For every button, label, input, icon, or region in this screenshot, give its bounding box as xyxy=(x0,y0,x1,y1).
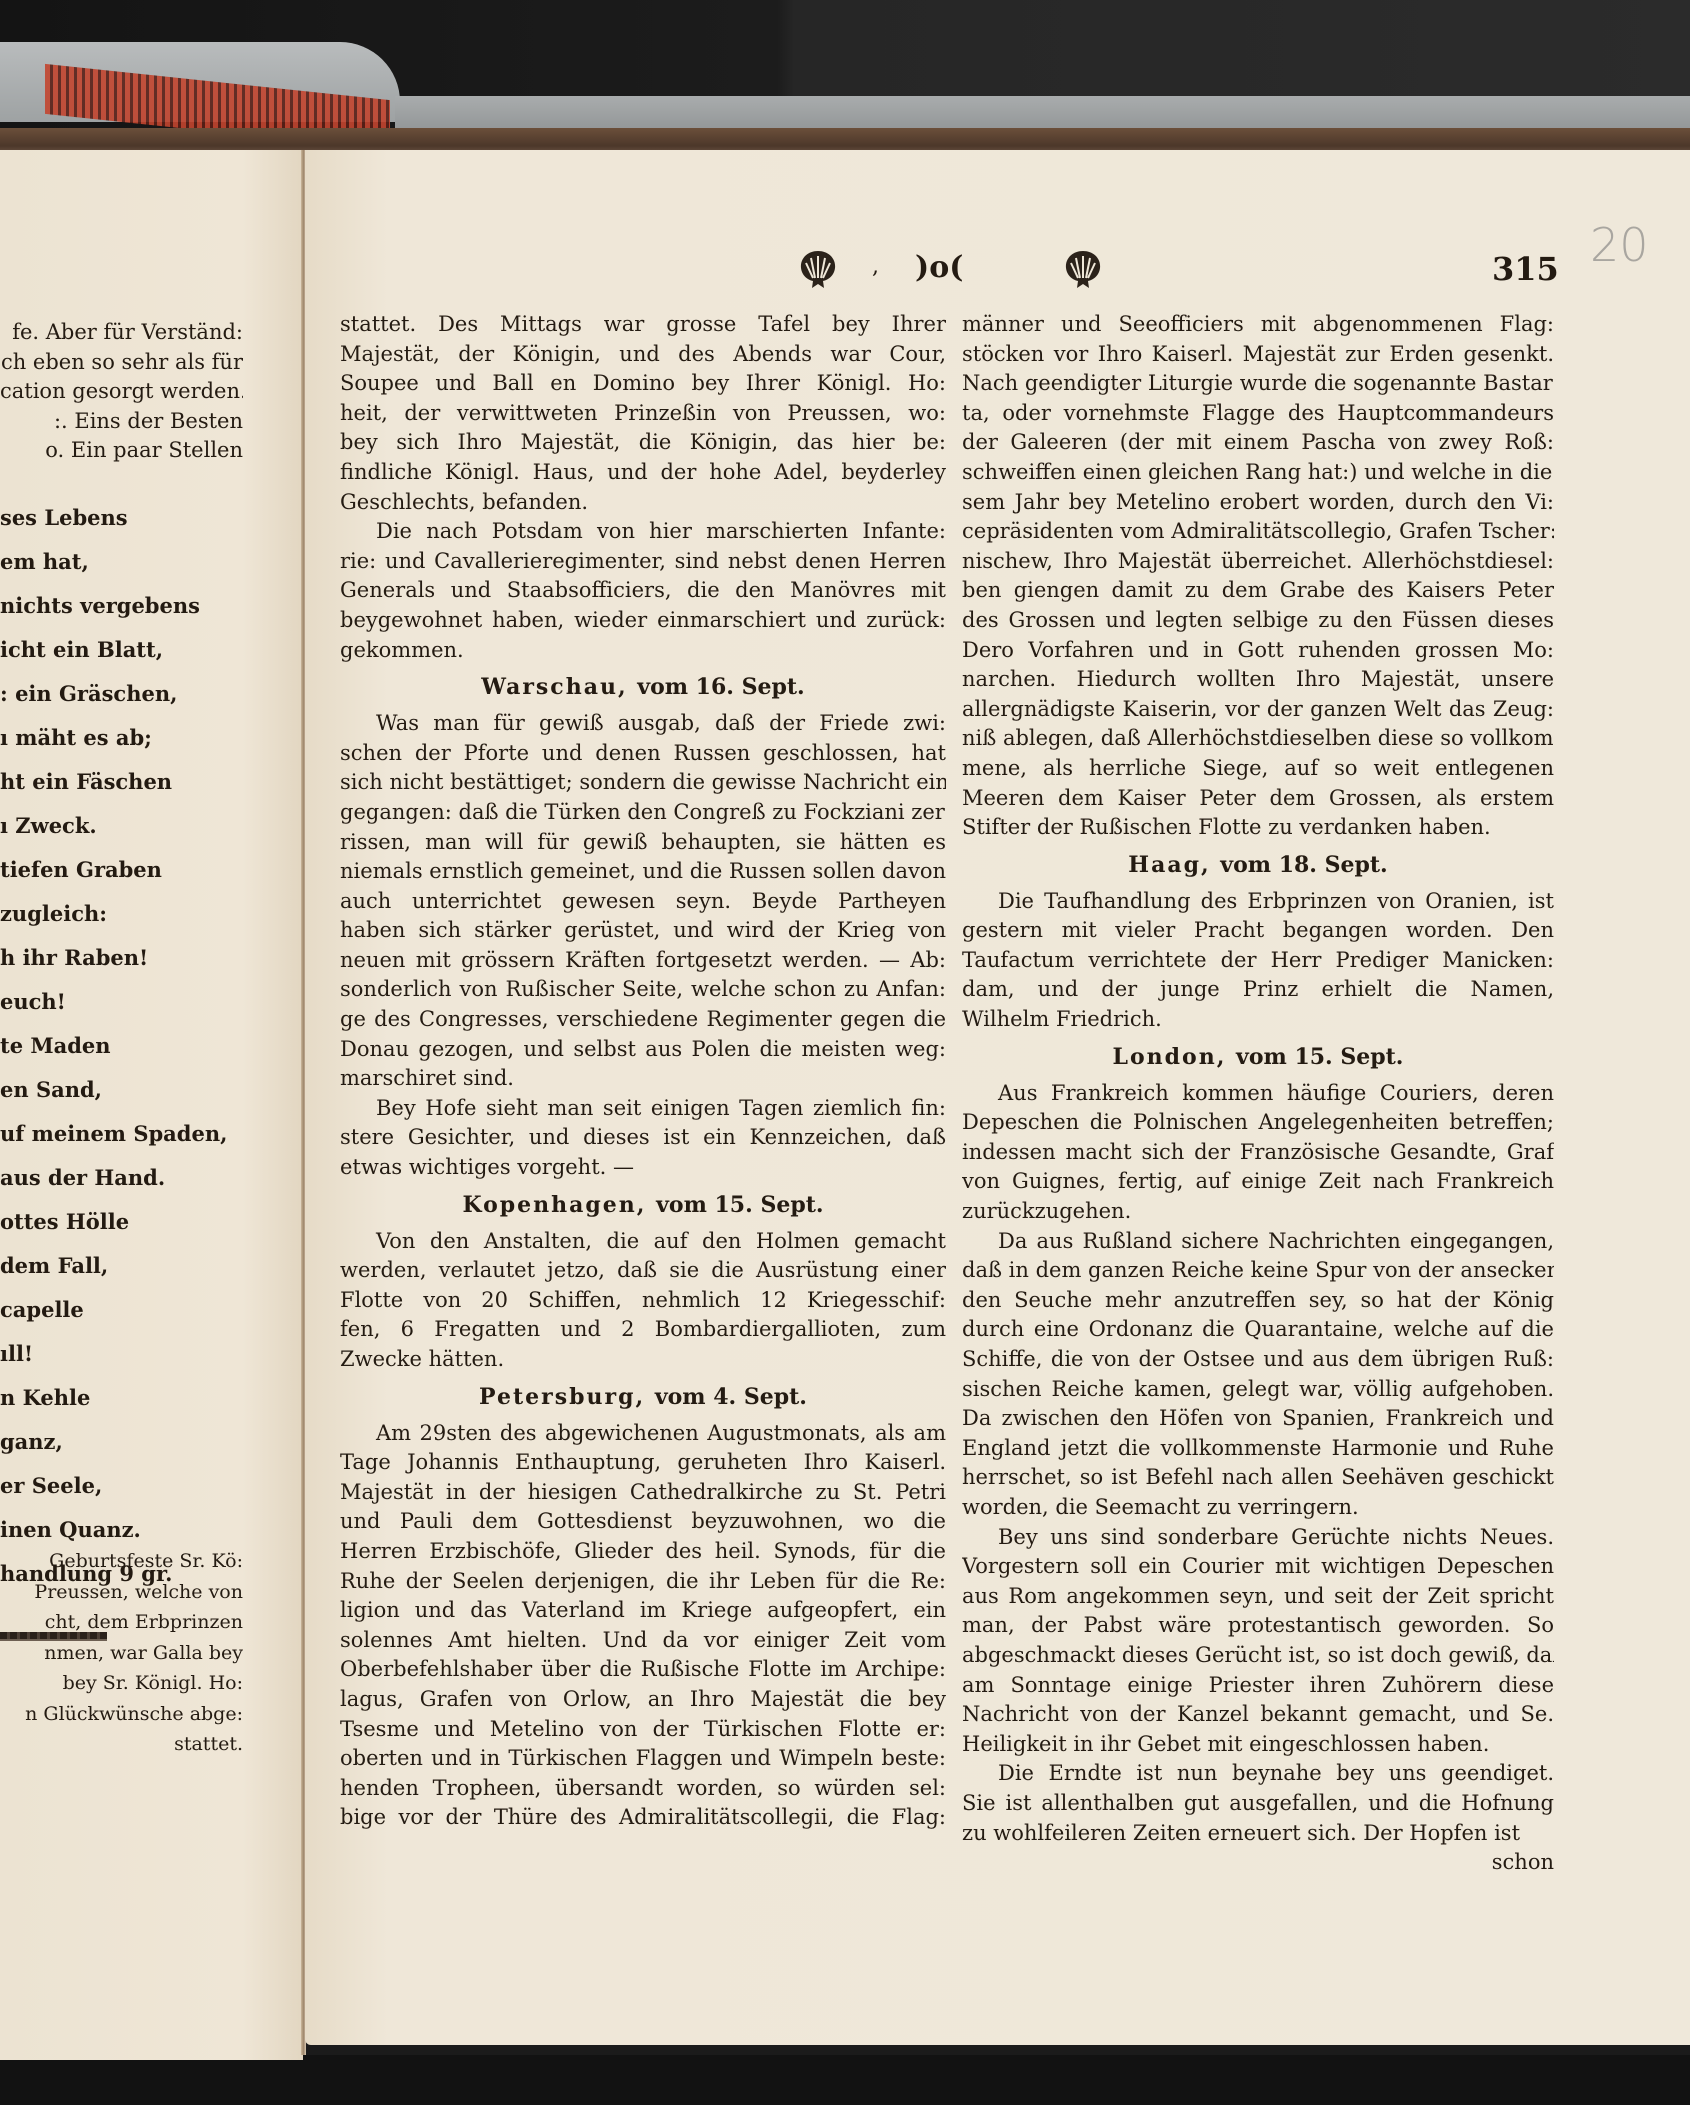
column-right: männer und Seeofficiers mit abgenommenen… xyxy=(962,310,1554,1878)
text-line: sem Jahr bey Metelino erobert worden, du… xyxy=(962,488,1554,518)
paragraph: Was man für gewiß ausgab, daß der Friede… xyxy=(340,709,946,1094)
poem-line: aus der Hand. xyxy=(0,1156,300,1200)
poem-line: zugleich: xyxy=(0,892,300,936)
text-line: sonderlich von Rußischer Seite, welche s… xyxy=(340,975,946,1005)
text-line: Da aus Rußland sichere Nachrichten einge… xyxy=(962,1227,1554,1257)
poem-line: nichts vergebens xyxy=(0,584,300,628)
text-line: Bey uns sind sonderbare Gerüchte nichts … xyxy=(962,1523,1554,1553)
text-line: Da zwischen den Höfen von Spanien, Frank… xyxy=(962,1404,1554,1434)
text-line: bige vor der Thüre des Admiralitätscolle… xyxy=(340,1803,946,1833)
left-page-bottom-fragment: Geburtsfeste Sr. Kö:Preussen, welche von… xyxy=(0,1546,243,1760)
text-line: und Pauli dem Gottesdienst beyzuwohnen, … xyxy=(340,1507,946,1537)
poem-line: euch! xyxy=(0,980,300,1024)
section-heading: London, vom 15. Sept. xyxy=(962,1035,1554,1079)
paragraph: Die Erndte ist nun beynahe bey uns geend… xyxy=(962,1759,1554,1848)
poem-line: uf meinem Spaden, xyxy=(0,1112,300,1156)
poem-line: icht ein Blatt, xyxy=(0,628,300,672)
section-heading: Kopenhagen, vom 15. Sept. xyxy=(340,1183,946,1227)
poem-line: ı mäht es ab; xyxy=(0,716,300,760)
text-line: Was man für gewiß ausgab, daß der Friede… xyxy=(340,709,946,739)
paragraph: Am 29sten des abgewichenen Augustmonats,… xyxy=(340,1419,946,1833)
poem-line: er Seele, xyxy=(0,1464,300,1508)
text-line: Ruhe der Seelen derjenigen, die ihr Lebe… xyxy=(340,1567,946,1597)
text-line: beygewohnet haben, wieder einmarschiert … xyxy=(340,606,946,636)
text-line: Meeren dem Kaiser Peter dem Grossen, als… xyxy=(962,784,1554,814)
text-line: Heiligkeit in ihr Gebet mit eingeschloss… xyxy=(962,1730,1554,1760)
text-line: :. Eins der Besten xyxy=(0,407,243,437)
text-line: Vorgestern soll ein Courier mit wichtige… xyxy=(962,1552,1554,1582)
poem-line: ı Zweck. xyxy=(0,804,300,848)
poem-line: capelle xyxy=(0,1288,300,1332)
text-line: Geschlechts, befanden. xyxy=(340,488,946,518)
text-line: schen der Pforte und denen Russen geschl… xyxy=(340,739,946,769)
text-line: der Galeeren (der mit einem Pascha von z… xyxy=(962,428,1554,458)
text-line: ch eben so sehr als für xyxy=(0,348,243,378)
heading-date: vom 18. Sept. xyxy=(1220,852,1387,878)
heading-place: Haag, xyxy=(1128,852,1210,878)
text-line: Geburtsfeste Sr. Kö: xyxy=(0,1546,243,1577)
scan-background-bottom xyxy=(0,2055,1690,2105)
text-line: ge des Congresses, verschiedene Regiment… xyxy=(340,1005,946,1035)
text-line: daß in dem ganzen Reiche keine Spur von … xyxy=(962,1256,1554,1286)
poem-line: te Maden xyxy=(0,1024,300,1068)
text-line: rie: und Cavallerieregimenter, sind nebs… xyxy=(340,547,946,577)
text-line: stöcken vor Ihro Kaiserl. Majestät zur E… xyxy=(962,340,1554,370)
text-line: Herren Erzbischöfe, Glieder des heil. Sy… xyxy=(340,1537,946,1567)
text-line: fen, 6 Fregatten und 2 Bombardiergalliot… xyxy=(340,1315,946,1345)
paragraph: Bey Hofe sieht man seit einigen Tagen zi… xyxy=(340,1094,946,1183)
text-line: Nachricht von der Kanzel bekannt gemacht… xyxy=(962,1700,1554,1730)
text-line: neuen mit grössern Kräften fortgesetzt w… xyxy=(340,946,946,976)
poem-line: dem Fall, xyxy=(0,1244,300,1288)
text-line: durch eine Ordonanz die Quarantaine, wel… xyxy=(962,1315,1554,1345)
text-line: Taufactum verrichtete der Herr Prediger … xyxy=(962,946,1554,976)
text-line: Majestät in der hiesigen Cathedralkirche… xyxy=(340,1478,946,1508)
text-line: von Guignes, fertig, auf einige Zeit nac… xyxy=(962,1167,1554,1197)
text-line: Von den Anstalten, die auf den Holmen ge… xyxy=(340,1227,946,1257)
text-line: am Sonntage einige Priester ihren Zuhöre… xyxy=(962,1671,1554,1701)
text-line: Tage Johannis Enthauptung, geruheten Ihr… xyxy=(340,1448,946,1478)
text-line: mene, als herrliche Siege, auf so weit e… xyxy=(962,754,1554,784)
poem-line: em hat, xyxy=(0,540,300,584)
text-line: gegangen: daß die Türken den Congreß zu … xyxy=(340,798,946,828)
poem-line: ıll! xyxy=(0,1332,300,1376)
paragraph: Die Taufhandlung des Erbprinzen von Oran… xyxy=(962,887,1554,1035)
left-page-poem-fragment: ses Lebensem hat,nichts vergebensicht ei… xyxy=(0,496,300,1596)
poem-line: en Sand, xyxy=(0,1068,300,1112)
poem-line: tiefen Graben xyxy=(0,848,300,892)
heading-date: vom 15. Sept. xyxy=(656,1192,823,1218)
heading-place: London, xyxy=(1113,1044,1227,1070)
text-line: Flotte von 20 Schiffen, nehmlich 12 Krie… xyxy=(340,1286,946,1316)
text-line: marschiret sind. xyxy=(340,1064,946,1094)
text-line: indessen macht sich der Französische Ges… xyxy=(962,1138,1554,1168)
poem-line: h ihr Raben! xyxy=(0,936,300,980)
poem-line: ht ein Fäschen xyxy=(0,760,300,804)
shell-ornament-icon xyxy=(798,248,838,290)
catchword: schon xyxy=(962,1848,1554,1878)
text-line: Depeschen die Polnischen Angelegenheiten… xyxy=(962,1108,1554,1138)
text-line: dam, und der junge Prinz erhielt die Nam… xyxy=(962,975,1554,1005)
poem-line: n Kehle xyxy=(0,1376,300,1420)
text-line: findliche Königl. Haus, und der hohe Ade… xyxy=(340,458,946,488)
text-line: Donau gezogen, und selbst aus Polen die … xyxy=(340,1035,946,1065)
text-line: zurückzugehen. xyxy=(962,1197,1554,1227)
text-line: cation gesorgt werden. xyxy=(0,377,243,407)
paragraph: Von den Anstalten, die auf den Holmen ge… xyxy=(340,1227,946,1375)
text-line: narchen. Hiedurch wollten Ihro Majestät,… xyxy=(962,665,1554,695)
text-line: man, der Pabst wäre protestantisch gewor… xyxy=(962,1611,1554,1641)
text-line: Aus Frankreich kommen häufige Couriers, … xyxy=(962,1079,1554,1109)
poem-line: ganz, xyxy=(0,1420,300,1464)
text-line: Majestät, der Königin, und des Abends wa… xyxy=(340,340,946,370)
section-heading: Haag, vom 18. Sept. xyxy=(962,843,1554,887)
left-page-prose-fragment: fe. Aber für Verständ:ch eben so sehr al… xyxy=(0,318,243,466)
text-line: Wilhelm Friedrich. xyxy=(962,1005,1554,1035)
text-line: fe. Aber für Verständ: xyxy=(0,318,243,348)
text-line: n Glückwünsche abge: xyxy=(0,1699,243,1730)
heading-date: vom 4. Sept. xyxy=(655,1384,807,1410)
text-line: stattet. xyxy=(0,1729,243,1760)
shell-ornament-icon xyxy=(1063,248,1103,290)
text-line: o. Ein paar Stellen xyxy=(0,436,243,466)
ornamental-rule xyxy=(0,1632,107,1641)
text-line: Die Erndte ist nun beynahe bey uns geend… xyxy=(962,1759,1554,1789)
text-line: Zwecke hätten. xyxy=(340,1345,946,1375)
text-line: niemals ernstlich gemeinet, und die Russ… xyxy=(340,857,946,887)
text-line: ben giengen damit zu dem Grabe des Kaise… xyxy=(962,576,1554,606)
text-line: männer und Seeofficiers mit abgenommenen… xyxy=(962,310,1554,340)
text-line: ta, oder vornehmste Flagge des Hauptcomm… xyxy=(962,399,1554,429)
text-line: Soupee und Ball en Domino bey Ihrer Köni… xyxy=(340,369,946,399)
text-line: niß ablegen, daß Allerhöchstdieselben di… xyxy=(962,724,1554,754)
text-line: nmen, war Galla bey xyxy=(0,1638,243,1669)
text-line: schweiffen einen gleichen Rang hat:) und… xyxy=(962,458,1554,488)
text-line: henden Tropheen, übersandt worden, so wü… xyxy=(340,1774,946,1804)
text-line: aus Rom angekommen seyn, und seit der Ze… xyxy=(962,1582,1554,1612)
text-line: auch unterrichtet gewesen seyn. Beyde Pa… xyxy=(340,887,946,917)
heading-date: vom 16. Sept. xyxy=(637,674,804,700)
heading-place: Warschau, xyxy=(481,674,627,700)
poem-line: ses Lebens xyxy=(0,496,300,540)
section-heading: Petersburg, vom 4. Sept. xyxy=(340,1375,946,1419)
text-line: heit, der verwittweten Prinzeßin von Pre… xyxy=(340,399,946,429)
pencil-annotation: 20 xyxy=(1590,218,1649,272)
paragraph: stattet. Des Mittags war grosse Tafel be… xyxy=(340,310,946,517)
text-line: abgeschmackt dieses Gerücht ist, so ist … xyxy=(962,1641,1554,1671)
text-line: stere Gesichter, und dieses ist ein Kenn… xyxy=(340,1123,946,1153)
paragraph: Die nach Potsdam von hier marschierten I… xyxy=(340,517,946,665)
paragraph: Bey uns sind sonderbare Gerüchte nichts … xyxy=(962,1523,1554,1760)
heading-place: Petersburg, xyxy=(479,1384,645,1410)
text-line: Bey Hofe sieht man seit einigen Tagen zi… xyxy=(340,1094,946,1124)
text-line: zu wohlfeileren Zeiten erneuert sich. De… xyxy=(962,1819,1554,1849)
text-line: sich nicht bestättiget; sondern die gewi… xyxy=(340,768,946,798)
text-line: allergnädigste Kaiserin, vor der ganzen … xyxy=(962,695,1554,725)
text-line: gestern mit vieler Pracht begangen worde… xyxy=(962,916,1554,946)
text-line: Tsesme und Metelino von der Türkischen F… xyxy=(340,1715,946,1745)
text-line: worden, die Seemacht zu verringern. xyxy=(962,1493,1554,1523)
page-number: 315 xyxy=(1492,250,1559,288)
text-line: gekommen. xyxy=(340,636,946,666)
text-line: Nach geendigter Liturgie wurde die sogen… xyxy=(962,369,1554,399)
text-line: bey sich Ihro Majestät, die Königin, das… xyxy=(340,428,946,458)
paragraph: Da aus Rußland sichere Nachrichten einge… xyxy=(962,1227,1554,1523)
text-line: etwas wichtiges vorgeht. — xyxy=(340,1153,946,1183)
section-heading: Warschau, vom 16. Sept. xyxy=(340,665,946,709)
text-line: cepräsidenten vom Admiralitätscollegio, … xyxy=(962,517,1554,547)
text-line: sischen Reiche kamen, gelegt war, völlig… xyxy=(962,1375,1554,1405)
text-line: Die nach Potsdam von hier marschierten I… xyxy=(340,517,946,547)
text-line: Oberbefehlshaber über die Rußische Flott… xyxy=(340,1655,946,1685)
text-line: Generals und Staabsofficiers, die den Ma… xyxy=(340,576,946,606)
poem-line: : ein Gräschen, xyxy=(0,672,300,716)
text-line: bey Sr. Königl. Ho: xyxy=(0,1668,243,1699)
heading-date: vom 15. Sept. xyxy=(1236,1044,1403,1070)
text-line: Sie ist allenthalben gut ausgefallen, un… xyxy=(962,1789,1554,1819)
text-line: des Grossen und legten selbige zu den Fü… xyxy=(962,606,1554,636)
text-line: werden, verlautet jetzo, daß sie die Aus… xyxy=(340,1256,946,1286)
paragraph: Aus Frankreich kommen häufige Couriers, … xyxy=(962,1079,1554,1227)
text-line: lagus, Grafen von Orlow, an Ihro Majestä… xyxy=(340,1685,946,1715)
text-line: Die Taufhandlung des Erbprinzen von Oran… xyxy=(962,887,1554,917)
text-line: rissen, man will für gewiß behaupten, si… xyxy=(340,828,946,858)
text-line: Am 29sten des abgewichenen Augustmonats,… xyxy=(340,1419,946,1449)
text-line: Stifter der Rußischen Flotte zu verdanke… xyxy=(962,813,1554,843)
heading-place: Kopenhagen, xyxy=(462,1192,646,1218)
text-line: stattet. Des Mittags war grosse Tafel be… xyxy=(340,310,946,340)
text-line: den Seuche mehr anzutreffen sey, so hat … xyxy=(962,1286,1554,1316)
text-line: haben sich stärker gerüstet, und wird de… xyxy=(340,916,946,946)
separator-mark: , xyxy=(872,254,879,279)
text-line: Schiffe, die von der Ostsee und aus dem … xyxy=(962,1345,1554,1375)
text-line: Preussen, welche von xyxy=(0,1577,243,1608)
text-line: ligion und das Vaterland im Kriege aufge… xyxy=(340,1596,946,1626)
text-line: Dero Vorfahren und in Gott ruhenden gros… xyxy=(962,636,1554,666)
text-line: solennes Amt hielten. Und da vor einiger… xyxy=(340,1626,946,1656)
column-left: stattet. Des Mittags war grosse Tafel be… xyxy=(340,310,946,1833)
text-line: nischew, Ihro Majestät überreichet. Alle… xyxy=(962,547,1554,577)
paragraph: männer und Seeofficiers mit abgenommenen… xyxy=(962,310,1554,843)
poem-line: ottes Hölle xyxy=(0,1200,300,1244)
text-line: oberten und in Türkischen Flaggen und Wi… xyxy=(340,1744,946,1774)
text-line: England jetzt die vollkommenste Harmonie… xyxy=(962,1434,1554,1464)
center-mark: )o( xyxy=(915,250,963,285)
text-line: herrschet, so ist Befehl nach allen Seeh… xyxy=(962,1463,1554,1493)
